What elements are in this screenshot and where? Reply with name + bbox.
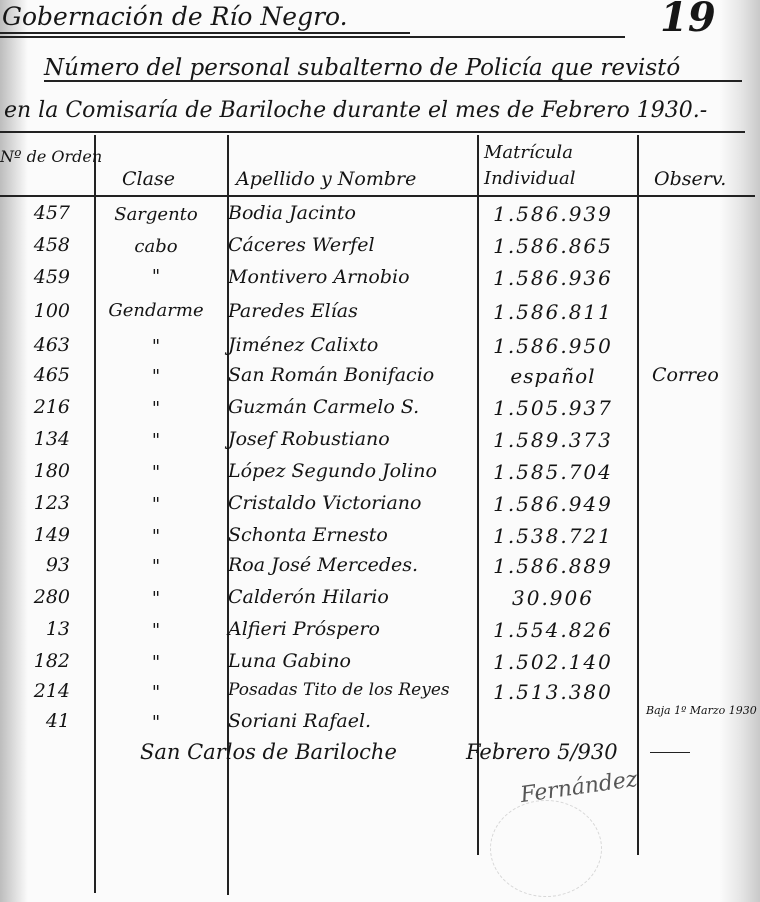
row-num: 100: [10, 300, 70, 322]
row-matricula: 1.586.950: [478, 334, 628, 358]
row-nombre: Posadas Tito de los Reyes: [228, 680, 450, 700]
row-num: 123: [10, 492, 70, 514]
row-num: 182: [10, 650, 70, 672]
row-matricula: 1.505.937: [478, 396, 628, 420]
row-nombre: Jiménez Calixto: [228, 334, 378, 356]
row-clase: ": [96, 682, 216, 703]
row-matricula: 1.585.704: [478, 460, 628, 484]
row-num: 13: [10, 618, 70, 640]
row-matricula: español: [478, 364, 628, 388]
row-obs: Correo: [652, 364, 719, 386]
header-nombre: Apellido y Nombre: [236, 168, 416, 190]
row-matricula: 1.554.826: [478, 618, 628, 642]
row-clase: ": [96, 494, 216, 515]
row-clase: ": [96, 712, 216, 733]
row-num: 93: [10, 554, 70, 576]
row-clase: ": [96, 336, 216, 357]
row-clase: ": [96, 620, 216, 641]
page-shadow-right: [720, 0, 760, 902]
row-matricula: 1.586.889: [478, 554, 628, 578]
row-nombre: López Segundo Jolino: [228, 460, 437, 482]
row-nombre: Soriani Rafael.: [228, 710, 371, 732]
row-obs: Baja 1º Marzo 1930: [646, 704, 757, 717]
document-title: Gobernación de Río Negro.: [2, 2, 348, 31]
row-nombre: Roa José Mercedes.: [228, 554, 418, 576]
row-matricula: 1.589.373: [478, 428, 628, 452]
row-clase: Sargento: [96, 204, 216, 225]
row-nombre: Paredes Elías: [228, 300, 358, 322]
row-nombre: Cáceres Werfel: [228, 234, 375, 256]
row-nombre: San Román Bonifacio: [228, 364, 434, 386]
row-num: 459: [10, 266, 70, 288]
row-matricula: 1.538.721: [478, 524, 628, 548]
header-rule: [0, 195, 755, 197]
row-matricula: 1.513.380: [478, 680, 628, 704]
row-nombre: Schonta Ernesto: [228, 524, 388, 546]
row-nombre: Guzmán Carmelo S.: [228, 396, 419, 418]
row-num: 457: [10, 202, 70, 224]
row-nombre: Cristaldo Victoriano: [228, 492, 421, 514]
row-num: 149: [10, 524, 70, 546]
row-num: 280: [10, 586, 70, 608]
document-subtitle-line2: en la Comisaría de Bariloche durante el …: [4, 98, 707, 123]
row-nombre: Calderón Hilario: [228, 586, 389, 608]
row-num: 216: [10, 396, 70, 418]
row-matricula: 1.586.865: [478, 234, 628, 258]
row-num: 41: [10, 710, 70, 732]
title-underline: [0, 32, 410, 34]
row-clase: ": [96, 556, 216, 577]
row-clase: ": [96, 588, 216, 609]
row-clase: ": [96, 366, 216, 387]
row-clase: ": [96, 430, 216, 451]
row-matricula: 1.586.811: [478, 300, 628, 324]
document-subtitle-line1: Número del personal subalterno de Policí…: [44, 55, 680, 81]
row-num: 465: [10, 364, 70, 386]
title-rule: [0, 36, 625, 38]
row-num: 463: [10, 334, 70, 356]
row-num: 214: [10, 680, 70, 702]
row-clase: ": [96, 462, 216, 483]
row-nombre: Josef Robustiano: [228, 428, 390, 450]
page-number: 19: [660, 0, 716, 41]
row-num: 180: [10, 460, 70, 482]
row-nombre: Montivero Arnobio: [228, 266, 410, 288]
row-matricula: 30.906: [478, 586, 628, 610]
row-clase: ": [96, 652, 216, 673]
row-matricula: 1.586.936: [478, 266, 628, 290]
footer-place: San Carlos de Bariloche: [140, 740, 397, 764]
row-clase: ": [96, 266, 216, 287]
row-matricula: 1.586.949: [478, 492, 628, 516]
row-clase: ": [96, 398, 216, 419]
row-clase: Gendarme: [96, 300, 216, 321]
column-divider-4: [637, 135, 639, 855]
row-num: 134: [10, 428, 70, 450]
row-nombre: Bodia Jacinto: [228, 202, 356, 224]
page-shadow-left: [0, 0, 28, 902]
header-matricula: Matrícula Individual: [484, 140, 634, 192]
row-matricula: 1.586.939: [478, 202, 628, 226]
row-num: 458: [10, 234, 70, 256]
header-obs: Observ.: [654, 168, 726, 190]
subtitle-rule-2: [0, 131, 745, 133]
header-clase: Clase: [122, 168, 175, 190]
header-num: Nº de Orden: [0, 146, 102, 168]
row-nombre: Luna Gabino: [228, 650, 351, 672]
official-stamp: [490, 800, 602, 897]
row-clase: ": [96, 526, 216, 547]
footer-date: Febrero 5/930: [466, 740, 618, 764]
subtitle-rule-1: [44, 80, 742, 82]
row-matricula: 1.502.140: [478, 650, 628, 674]
obs-dash: [650, 752, 690, 753]
row-nombre: Alfieri Próspero: [228, 618, 380, 640]
row-clase: cabo: [96, 236, 216, 257]
